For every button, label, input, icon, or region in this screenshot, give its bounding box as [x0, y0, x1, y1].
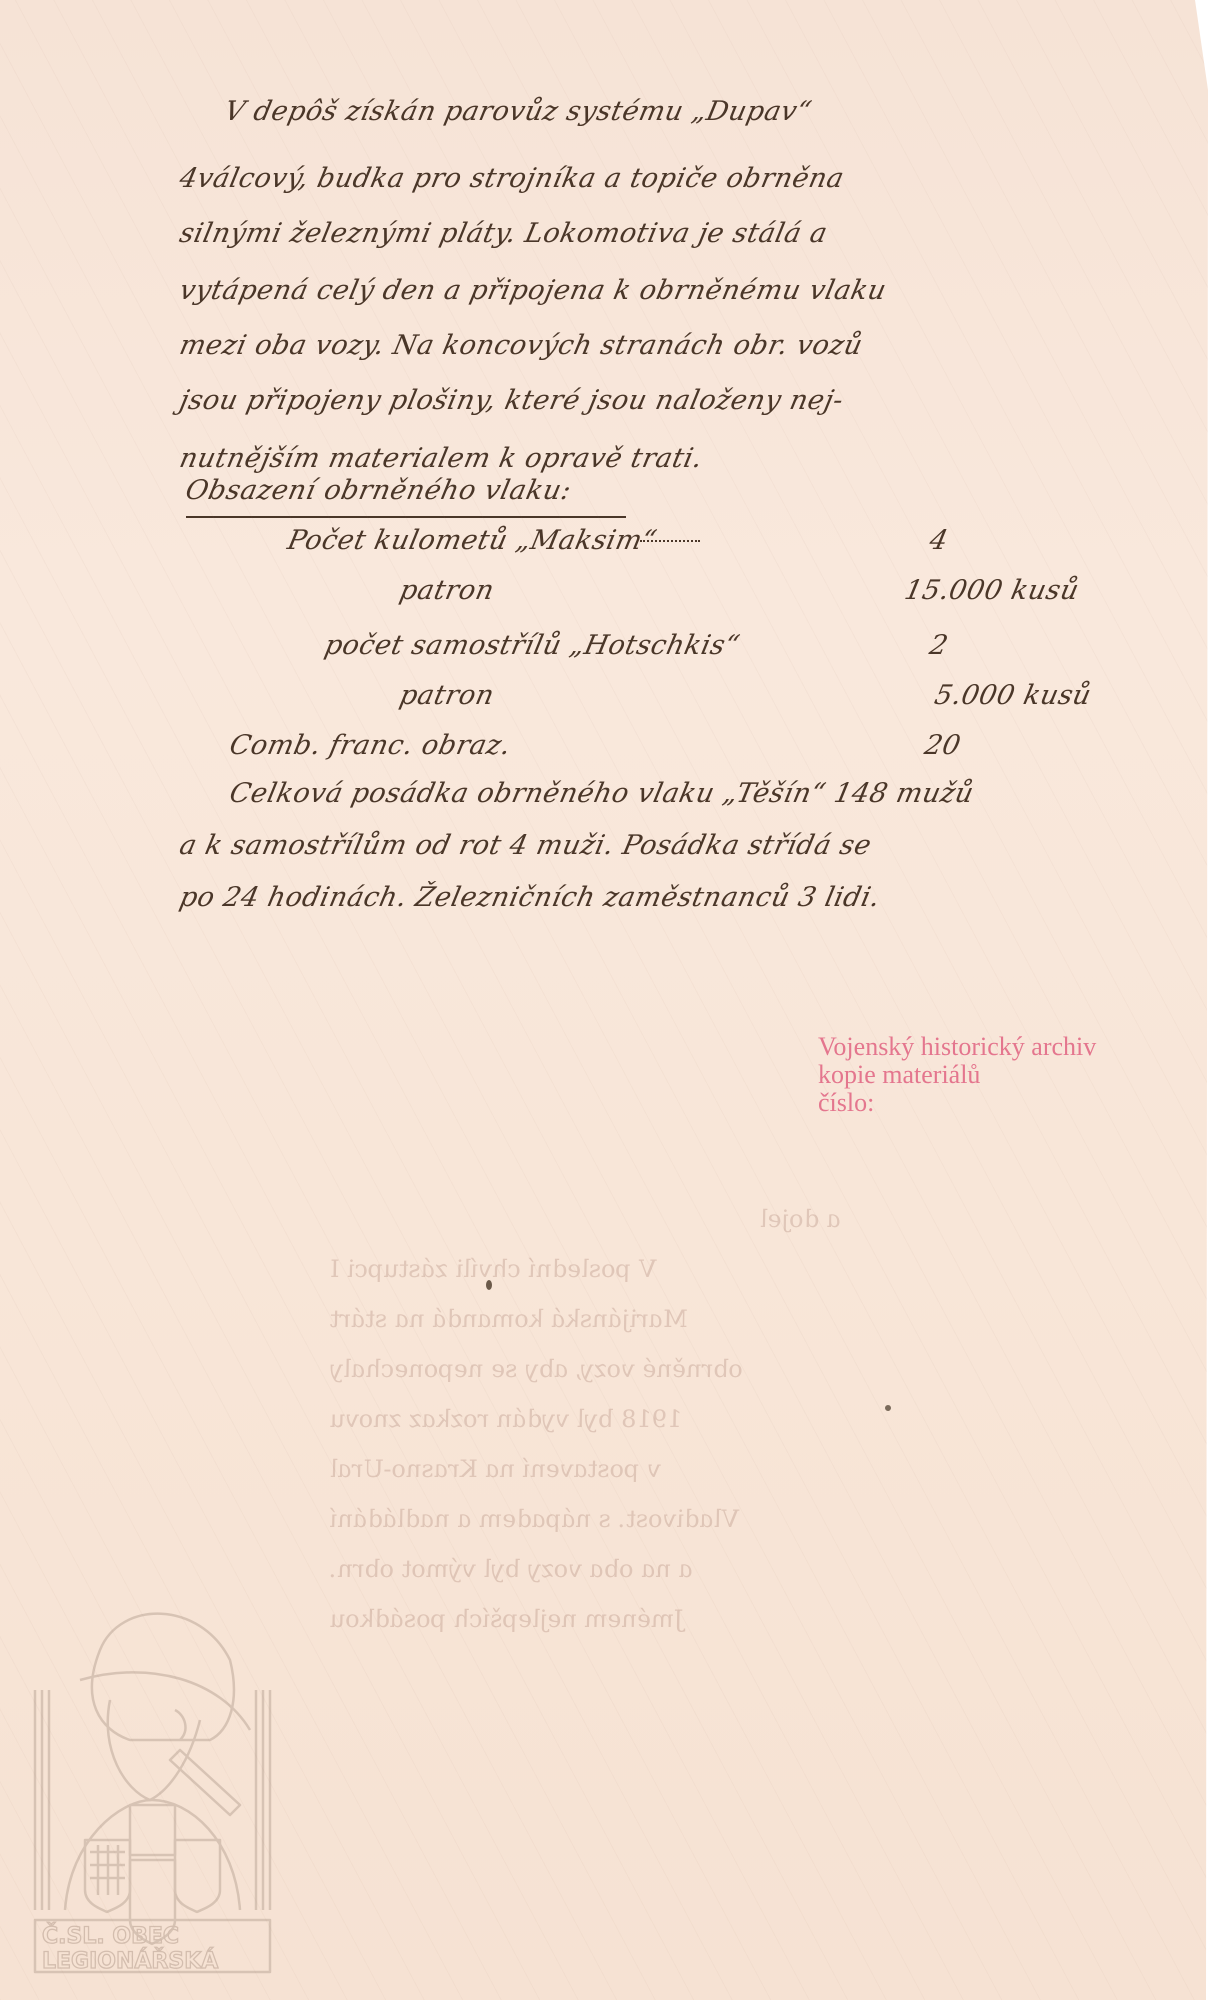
body-line-5: mezi oba vozy. Na koncových stranách obr…: [177, 330, 866, 361]
bleed-through-line: 1918 byl vydán rozkaz znovu: [327, 1405, 685, 1433]
bleed-through-line: obrněné vozy, aby se neponechaly: [327, 1355, 746, 1383]
emblem-text-top: Č.SL. OBEC: [42, 1923, 179, 1949]
body-line-2: 4válcový, budka pro strojníka a topiče o…: [177, 163, 847, 194]
bleed-through-line: Vladivost. s nápadem a nadládání: [327, 1505, 742, 1533]
inventory-label-5: Comb. franc. obraz.: [227, 730, 514, 761]
bleed-through-line: V poslední chvíli zástupci I: [327, 1255, 659, 1283]
emblem-text-bottom: LEGIONÁŘSKÁ: [42, 1948, 218, 1974]
stamp-line-2: kopie materiálů: [818, 1061, 1096, 1089]
body-line-7: nutnějším materialem k opravě trati.: [177, 443, 706, 474]
inventory-value-2: 15.000 kusů: [902, 575, 1082, 606]
body-line-4: vytápená celý den a připojena k obrněném…: [177, 275, 890, 306]
inventory-label-1: Počet kulometů „Maksim“: [285, 525, 660, 556]
inventory-value-1: 4: [927, 525, 951, 556]
leader-dots: [640, 540, 700, 542]
inventory-label-4: patron: [397, 680, 497, 711]
stamp-line-3: číslo:: [818, 1089, 1096, 1117]
bleed-through-line: a na oba vozy byl výmot obrn.: [327, 1555, 696, 1583]
body-line-6: jsou připojeny plošiny, které jsou nalož…: [177, 385, 847, 416]
inventory-label-2: patron: [397, 575, 497, 606]
bleed-through-line: Marijánská komandá na stárt: [327, 1305, 691, 1333]
legionnaire-emblem-icon: Č.SL. OBEC LEGIONÁŘSKÁ: [30, 1590, 275, 1975]
closing-line-3: po 24 hodinách. Železničních zaměstnanců…: [177, 882, 883, 913]
inventory-value-5: 20: [922, 730, 964, 761]
bleed-through-line: a dojel: [757, 1205, 844, 1233]
bleed-through-line: Jménem nejlepších posádkou: [327, 1605, 687, 1633]
inventory-value-3: 2: [927, 630, 951, 661]
inventory-label-3: počet samostřílů „Hotschkis“: [322, 630, 743, 661]
stamp-line-1: Vojenský historický archiv: [818, 1033, 1096, 1061]
body-line-3: silnými železnými pláty. Lokomotiva je s…: [177, 218, 831, 249]
faint-header-mark: [50, 22, 55, 41]
body-line-1: V depôš získán parovůz systému „Dupav“: [222, 96, 815, 127]
inventory-value-4: 5.000 kusů: [932, 680, 1094, 711]
archive-stamp: Vojenský historický archiv kopie materiá…: [818, 1033, 1096, 1117]
paper-speck: [885, 1405, 891, 1411]
paper-speck: [486, 1280, 492, 1290]
closing-line-1: Celková posádka obrněného vlaku „Těšín“ …: [227, 778, 977, 809]
closing-line-2: a k samostřílům od rot 4 muži. Posádka s…: [177, 830, 875, 861]
document-page: V depôš získán parovůz systému „Dupav“ 4…: [0, 0, 1208, 2000]
section-heading-text: Obsazení obrněného vlaku:: [183, 475, 575, 506]
bleed-through-line: v postavení na Krasno-Ural: [327, 1455, 664, 1483]
section-heading: Obsazení obrněného vlaku:: [186, 475, 626, 518]
